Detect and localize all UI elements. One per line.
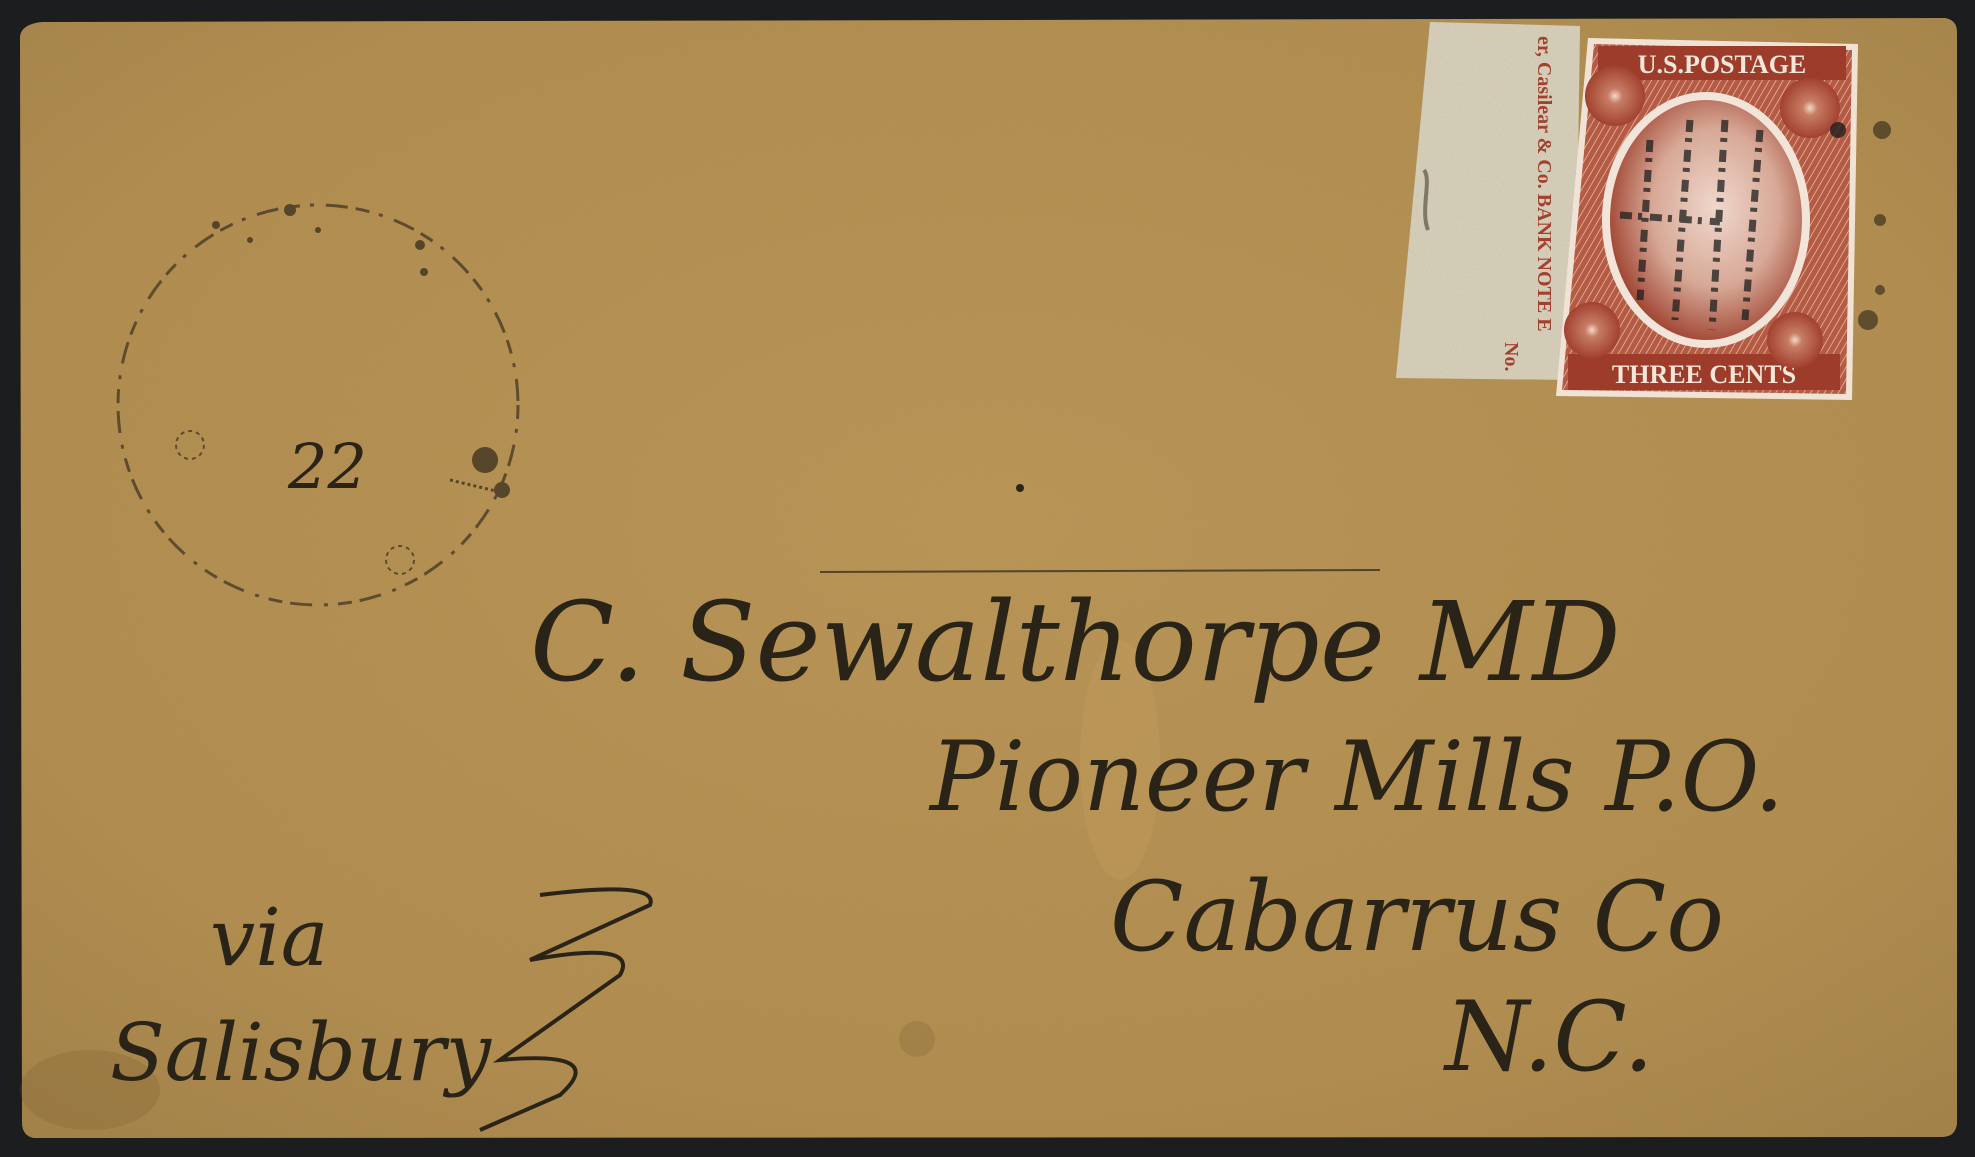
stamp-imprint-number: No. — [1500, 342, 1522, 371]
rosette-icon — [1585, 66, 1645, 126]
routing-line-1: via — [210, 891, 328, 984]
address-line-4: N.C. — [1443, 981, 1654, 1093]
cover-scene: 22 er, Casilear & Co. BANK NOTE E No. U.… — [0, 0, 1975, 1157]
address-line-3: Cabarrus Co — [1110, 861, 1724, 973]
stamp-imprint: er, Casilear & Co. BANK NOTE E — [1533, 36, 1555, 332]
routing-line-2: Salisbury — [110, 1006, 493, 1099]
postage-stamp: er, Casilear & Co. BANK NOTE E No. U.S.P… — [1396, 22, 1891, 400]
stamp-top-label: U.S.POSTAGE — [1638, 50, 1807, 79]
stamp-bottom-label: THREE CENTS — [1612, 360, 1796, 389]
address-line-1: C. Sewalthorpe MD — [530, 578, 1621, 706]
rate-numeral: 22 — [287, 430, 367, 503]
address-line-2: Pioneer Mills P.O. — [928, 721, 1784, 833]
